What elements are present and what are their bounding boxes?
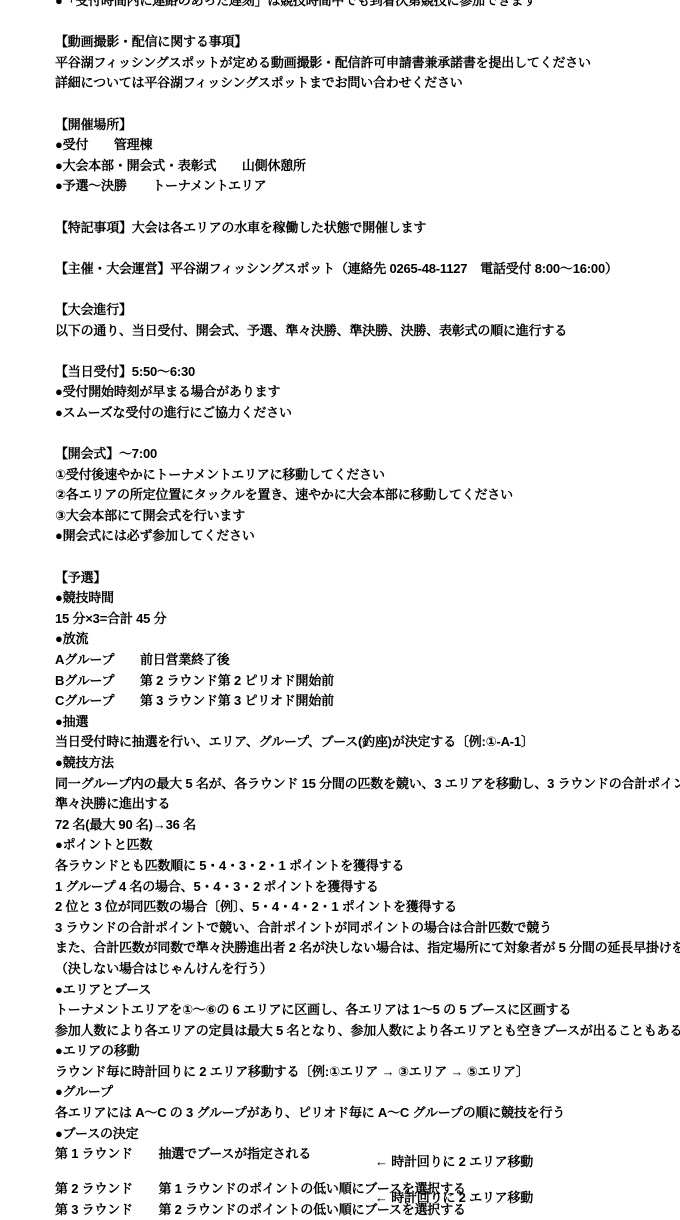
text-line: 【主催・大会運営】平谷湖フィッシングスポット（連絡先 0265-48-1127 …	[55, 259, 680, 280]
text-line: ●「受付時間内に連絡のあった遅刻」は競技時間中でも到着次第競技に参加できます	[55, 0, 680, 12]
text-line: ラウンド毎に時計回りに 2 エリア移動する〔例:①エリア → ③エリア → ⑤エ…	[55, 1062, 680, 1083]
text-line: ●ブースの決定	[55, 1124, 680, 1145]
text-line: ●スムーズな受付の進行にご協力ください	[55, 403, 680, 424]
text-line: 【動画撮影・配信に関する事項】	[55, 32, 680, 53]
text-line: Bグループ 第 2 ラウンド第 2 ピリオド開始前	[55, 671, 680, 692]
text-line: 【開会式】～7:00	[55, 444, 680, 465]
text-line: 準々決勝に進出する	[55, 794, 680, 815]
text-line: ●抽選	[55, 712, 680, 733]
text-line: 1 グループ 4 名の場合、5・4・3・2 ポイントを獲得する	[55, 877, 680, 898]
blank-line	[55, 94, 680, 115]
text-line: 以下の通り、当日受付、開会式、予選、準々決勝、準決勝、決勝、表彰式の順に進行する	[55, 321, 680, 342]
text-line: 2 位と 3 位が同匹数の場合〔例〕、5・4・4・2・1 ポイントを獲得する	[55, 897, 680, 918]
blank-line	[55, 238, 680, 259]
text-line: ●予選～決勝 トーナメントエリア	[55, 176, 680, 197]
text-line: 当日受付時に抽選を行い、エリア、グループ、ブース(釣座)が決定する〔例:①-A-…	[55, 732, 680, 753]
text-line: 第 1 ラウンド 抽選でブースが指定される	[55, 1144, 680, 1165]
blank-line	[55, 423, 680, 444]
text-line: 各エリアには A～C の 3 グループがあり、ピリオド毎に A～C グループの順…	[55, 1103, 680, 1124]
text-line: 【予選】	[55, 568, 680, 589]
text-line: ●大会本部・開会式・表彰式 山側休憩所	[55, 156, 680, 177]
text-line: トーナメントエリアを①～⑥の 6 エリアに区画し、各エリアは 1～5 の 5 ブ…	[55, 1000, 680, 1021]
text-line: 各ラウンドとも匹数順に 5・4・3・2・1 ポイントを獲得する	[55, 856, 680, 877]
text-line: 【当日受付】5:50～6:30	[55, 362, 680, 383]
text-line: また、合計匹数が同数で準々決勝進出者 2 名が決しない場合は、指定場所にて対象者…	[55, 938, 680, 959]
text-line: 第 3 ラウンド 第 2 ラウンドのポイントの低い順にブースを選択する	[55, 1200, 680, 1220]
text-line: ●ポイントと匹数	[55, 835, 680, 856]
text-line: 詳細については平谷湖フィッシングスポットまでお問い合わせください	[55, 73, 680, 94]
text-line: 【大会進行】	[55, 300, 680, 321]
text-line: 参加人数により各エリアの定員は最大 5 名となり、参加人数により各エリアとも空き…	[55, 1021, 680, 1042]
text-line: Aグループ 前日営業終了後	[55, 650, 680, 671]
text-line: 平谷湖フィッシングスポットが定める動画撮影・配信許可申請書兼承諾書を提出してくだ…	[55, 53, 680, 74]
text-line: 【特記事項】大会は各エリアの水車を稼働した状態で開催します	[55, 218, 680, 239]
text-line: ●競技方法	[55, 753, 680, 774]
text-line: ●開会式には必ず参加してください	[55, 526, 680, 547]
text-line: 3 ラウンドの合計ポイントで競い、合計ポイントが同ポイントの場合は合計匹数で競う	[55, 918, 680, 939]
clockwise-move-note-1: ← 時計回りに 2 エリア移動	[375, 1155, 533, 1168]
text-line: 第 2 ラウンド 第 1 ラウンドのポイントの低い順にブースを選択する	[55, 1179, 680, 1200]
text-line: ②各エリアの所定位置にタックルを置き、速やかに大会本部に移動してください	[55, 485, 680, 506]
blank-line	[55, 547, 680, 568]
document-page: ●「受付時間内に連絡のあった遅刻」は競技時間中でも到着次第競技に参加できます【動…	[0, 0, 680, 1220]
blank-line	[55, 12, 680, 33]
text-line: 【開催場所】	[55, 115, 680, 136]
text-line: ●エリアとブース	[55, 980, 680, 1001]
text-line: ③大会本部にて開会式を行います	[55, 506, 680, 527]
text-line: ●受付開始時刻が早まる場合があります	[55, 382, 680, 403]
text-line: 同一グループ内の最大 5 名が、各ラウンド 15 分間の匹数を競い、3 エリアを…	[55, 774, 680, 795]
text-line: ●受付 管理棟	[55, 135, 680, 156]
clockwise-move-note-2: ← 時計回りに 2 エリア移動	[375, 1191, 533, 1204]
blank-line	[55, 341, 680, 362]
text-line: ●放流	[55, 629, 680, 650]
text-line: （決しない場合はじゃんけんを行う）	[55, 959, 680, 980]
text-line: ①受付後速やかにトーナメントエリアに移動してください	[55, 465, 680, 486]
text-line: 15 分×3=合計 45 分	[55, 609, 680, 630]
text-line: ●競技時間	[55, 588, 680, 609]
text-line: ●エリアの移動	[55, 1041, 680, 1062]
document-body: ●「受付時間内に連絡のあった遅刻」は競技時間中でも到着次第競技に参加できます【動…	[55, 0, 680, 1220]
text-line: ●グループ	[55, 1082, 680, 1103]
text-line: Cグループ 第 3 ラウンド第 3 ピリオド開始前	[55, 691, 680, 712]
blank-line	[55, 279, 680, 300]
blank-line	[55, 197, 680, 218]
text-line: 72 名(最大 90 名)→36 名	[55, 815, 680, 836]
